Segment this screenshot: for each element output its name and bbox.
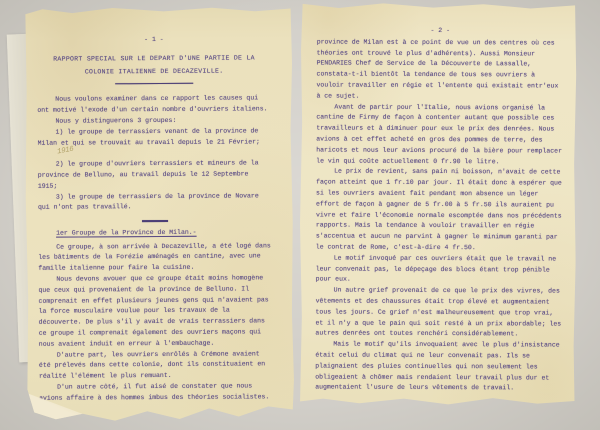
paragraph: Ce groupe, à son arrivée à Decazeville, … xyxy=(38,241,272,275)
paragraph: Nous devons avouer que ce groupe était m… xyxy=(38,273,272,350)
group-item-3: 3) le groupe de terrassiers de la provin… xyxy=(38,191,272,214)
scan-background: - 1 - RAPPORT SPECIAL SUR LE DEPART D'UN… xyxy=(0,0,600,430)
group-item-1: 1) le groupe de terrassiers venant de la… xyxy=(37,126,271,160)
paragraph: Mais le motif qu'ils invoquaient avec le… xyxy=(315,340,562,395)
section-separator-rule xyxy=(142,220,168,222)
paragraph: D'autre part, les ouvriers enrôlés à Cré… xyxy=(39,349,273,383)
page-number: - 1 - xyxy=(37,34,271,46)
title-separator-rule xyxy=(115,83,193,85)
section-heading: 1er Groupe de la Province de Milan.- xyxy=(38,227,272,239)
document-page-2: - 2 - province de Milan est à ce point d… xyxy=(298,1,578,406)
page-number: - 2 - xyxy=(317,25,564,37)
group-item-2: 2) le groupe d'ouvriers terrassiers et m… xyxy=(38,158,272,192)
paragraph-continuation: province de Milan est à ce point de vue … xyxy=(316,37,563,103)
paragraph: D'un autre côté, il fut aisé de constate… xyxy=(39,381,273,415)
intro-paragraph: Nous voulons examiner dans ce rapport le… xyxy=(37,94,271,117)
paragraph: Un autre grief provenait de ce que le pr… xyxy=(315,286,562,341)
report-title: RAPPORT SPECIAL SUR LE DEPART D'UNE PART… xyxy=(40,51,268,78)
document-page-1: - 1 - RAPPORT SPECIAL SUR LE DEPART D'UN… xyxy=(24,5,296,423)
paragraph: Le motif invoqué par ces ouvriers était … xyxy=(316,253,563,286)
paragraph: Avant de partir pour l'Italie, nous avio… xyxy=(316,102,563,168)
paragraph: Le prix de revient, sans pain ni boisson… xyxy=(316,167,563,254)
group-item-1-text: 1) le groupe de terrassiers venant de la… xyxy=(38,127,260,146)
